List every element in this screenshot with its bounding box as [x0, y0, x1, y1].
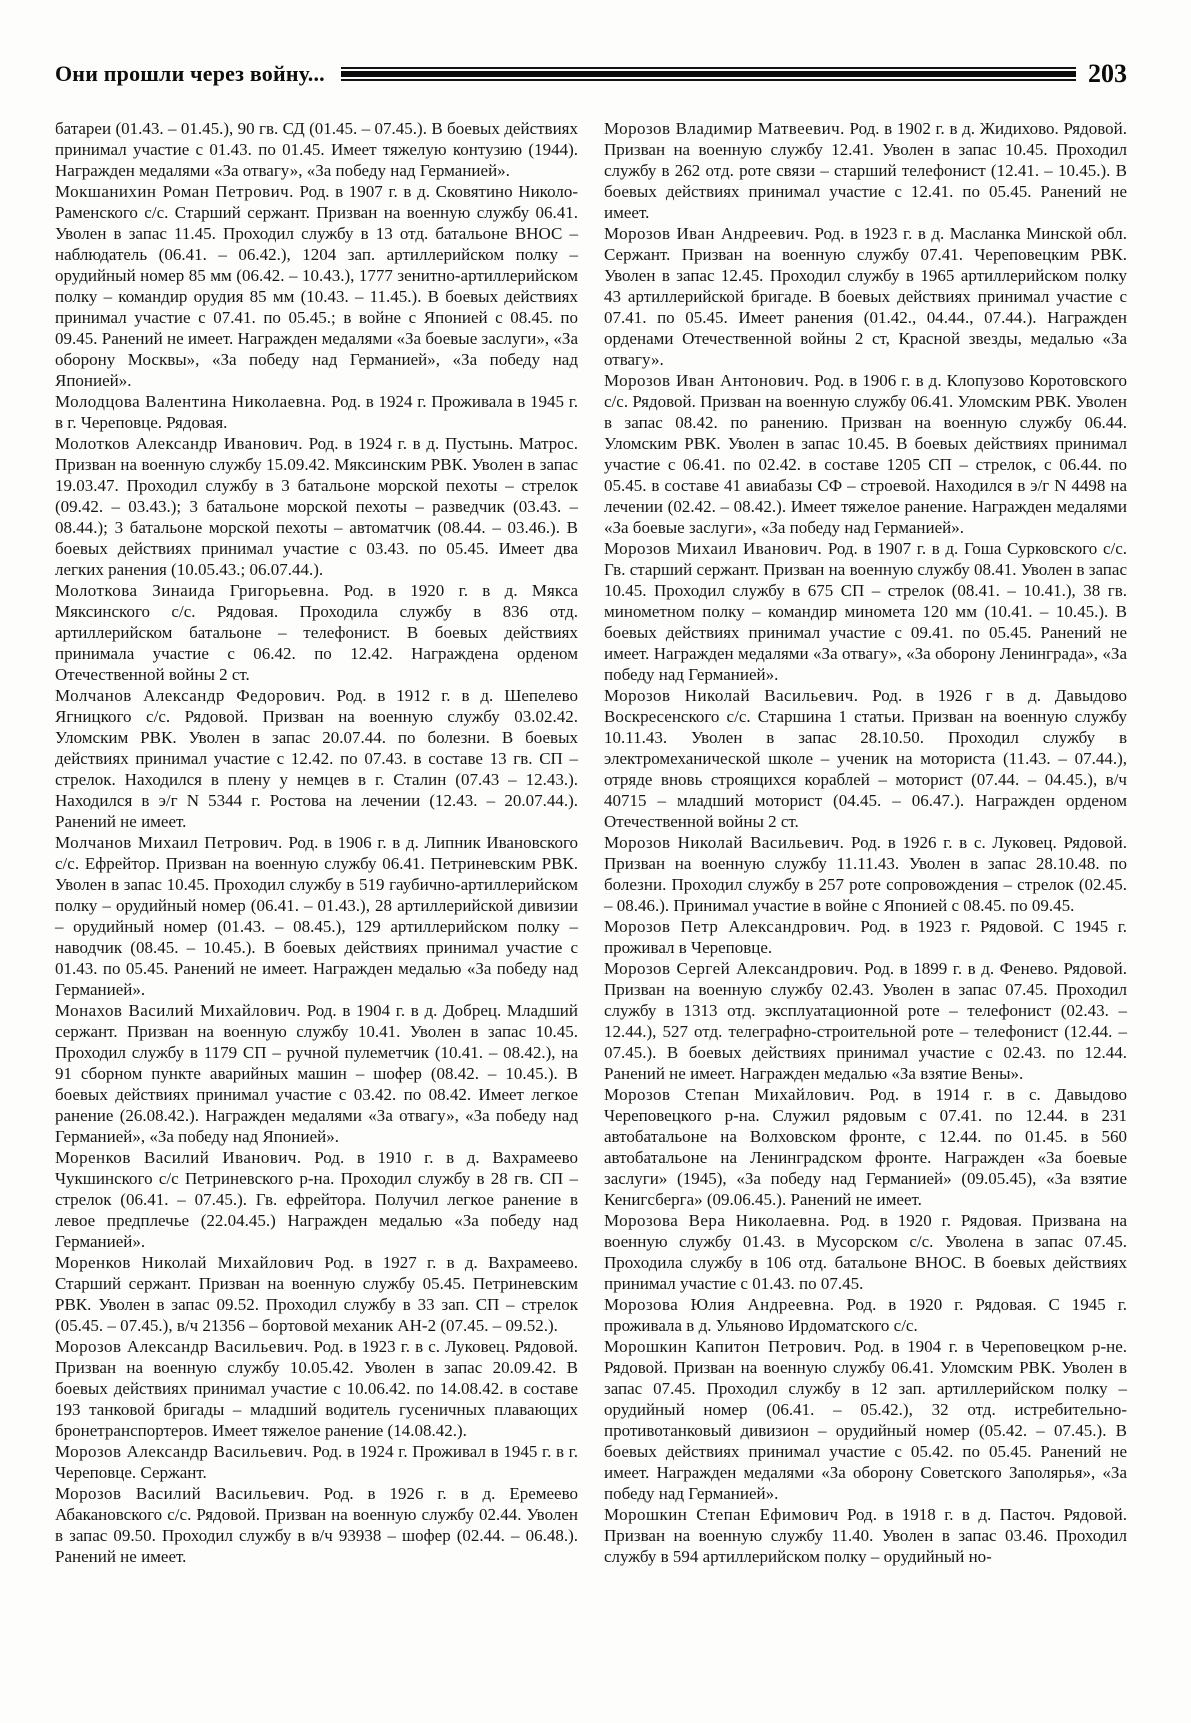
service-record-entry: Морозова Юлия Андреевна. Род. в 1920 г. … [604, 1294, 1127, 1336]
service-record-entry: Морозов Владимир Матвеевич. Род. в 1902 … [604, 118, 1127, 223]
entry-text: Род. в 1907 г. в д. Гоша Сурковского с/с… [604, 539, 1127, 684]
entry-text: Род. в 1924 г. в д. Пустынь. Матрос. При… [55, 434, 578, 579]
person-name: Молчанов Александр Федорович. [55, 686, 326, 705]
service-record-entry: Морозов Петр Александрович. Род. в 1923 … [604, 916, 1127, 958]
service-record-entry: Молодцова Валентина Николаевна. Род. в 1… [55, 391, 578, 433]
service-record-entry: Морозов Александр Васильевич. Род. в 192… [55, 1336, 578, 1441]
person-name: Морозов Александр Васильевич. [55, 1442, 308, 1461]
service-record-entry: Морозов Александр Васильевич. Род. в 192… [55, 1441, 578, 1483]
service-record-entry: Морозов Михаил Иванович. Род. в 1907 г. … [604, 538, 1127, 685]
service-record-entry: Морозов Николай Васильевич. Род. в 1926 … [604, 832, 1127, 916]
page-title: Они прошли через войну... [55, 61, 325, 87]
entry-text: Род. в 1906 г. в д. Липник Ивановского с… [55, 833, 578, 999]
service-record-entry: Молчанов Михаил Петрович. Род. в 1906 г.… [55, 832, 578, 1000]
person-name: Морошкин Капитон Петрович. [604, 1337, 846, 1356]
person-name: Моренков Николай Михайлович [55, 1253, 314, 1272]
entry-text: Род. в 1904 г. в д. Добрец. Младший серж… [55, 1001, 578, 1146]
person-name: Морозов Михаил Иванович. [604, 539, 822, 558]
entry-text: Род. в 1912 г. в д. Шепелево Ягницкого с… [55, 686, 578, 831]
person-name: Молчанов Михаил Петрович. [55, 833, 283, 852]
service-record-entry: Молотков Александр Иванович. Род. в 1924… [55, 433, 578, 580]
service-record-entry: Морозов Сергей Александрович. Род. в 189… [604, 958, 1127, 1084]
person-name: Морозов Сергей Александрович. [604, 959, 859, 978]
entry-text: Род. в 1904 г. в Череповецком р-не. Рядо… [604, 1337, 1127, 1503]
entry-text: Род. в 1906 г. в д. Клопузово Коротовско… [604, 371, 1127, 537]
service-record-entry: Морозов Василий Васильевич. Род. в 1926 … [55, 1483, 578, 1567]
person-name: Мокшанихин Роман Петрович. [55, 182, 294, 201]
service-record-entry: Молчанов Александр Федорович. Род. в 191… [55, 685, 578, 832]
service-record-entry: Морозов Степан Михайлович. Род. в 1914 г… [604, 1084, 1127, 1210]
service-record-entry: Мокшанихин Роман Петрович. Род. в 1907 г… [55, 181, 578, 391]
person-name: Морозов Николай Васильевич. [604, 833, 844, 852]
service-record-entry: Моренков Василий Иванович. Род. в 1910 г… [55, 1147, 578, 1252]
service-record-entry: Морошкин Степан Ефимович Род. в 1918 г. … [604, 1504, 1127, 1567]
service-record-entry: Моренков Николай Михайлович Род. в 1927 … [55, 1252, 578, 1336]
person-name: Морошкин Степан Ефимович [604, 1505, 839, 1524]
page-body: батареи (01.43. – 01.45.), 90 гв. СД (01… [55, 118, 1127, 1567]
person-name: Морозова Вера Николаевна. [604, 1211, 830, 1230]
person-name: Молоткова Зинаида Григорьевна. [55, 581, 329, 600]
entry-text: батареи (01.43. – 01.45.), 90 гв. СД (01… [55, 119, 578, 180]
service-record-entry: Морозов Иван Андреевич. Род. в 1923 г. в… [604, 223, 1127, 370]
service-record-entry: Молоткова Зинаида Григорьевна. Род. в 19… [55, 580, 578, 685]
entry-text: Род. в 1923 г. в д. Масланка Минской обл… [604, 224, 1127, 369]
page-number: 203 [1088, 59, 1127, 89]
service-record-entry: Морошкин Капитон Петрович. Род. в 1904 г… [604, 1336, 1127, 1504]
entry-text: Род. в 1926 г в д. Давыдово Воскресенско… [604, 686, 1127, 831]
person-name: Морозов Степан Михайлович. [604, 1085, 855, 1104]
person-name: Морозов Александр Васильевич. [55, 1337, 308, 1356]
header-rule [341, 67, 1076, 81]
person-name: Морозов Василий Васильевич. [55, 1484, 310, 1503]
header-rule-thin-bottom [341, 79, 1076, 81]
entry-text: Род. в 1907 г. в д. Сковятино Николо-Рам… [55, 182, 578, 390]
person-name: Молодцова Валентина Николаевна. [55, 392, 326, 411]
person-name: Морозов Иван Антонович. [604, 371, 809, 390]
person-name: Морозов Иван Андреевич. [604, 224, 809, 243]
person-name: Морозов Николай Васильевич. [604, 686, 858, 705]
person-name: Монахов Василий Михайлович. [55, 1001, 301, 1020]
book-page: Они прошли через войну... 203 батареи (0… [0, 0, 1191, 1723]
person-name: Моренков Василий Иванович. [55, 1148, 302, 1167]
service-record-entry: Морозов Иван Антонович. Род. в 1906 г. в… [604, 370, 1127, 538]
person-name: Морозова Юлия Андреевна. [604, 1295, 835, 1314]
service-record-entry: батареи (01.43. – 01.45.), 90 гв. СД (01… [55, 118, 578, 181]
page-header: Они прошли через войну... 203 [55, 56, 1127, 92]
service-record-entry: Морозов Николай Васильевич. Род. в 1926 … [604, 685, 1127, 832]
left-column: батареи (01.43. – 01.45.), 90 гв. СД (01… [55, 118, 578, 1567]
person-name: Морозов Петр Александрович. [604, 917, 851, 936]
person-name: Молотков Александр Иванович. [55, 434, 303, 453]
right-column: Морозов Владимир Матвеевич. Род. в 1902 … [604, 118, 1127, 1567]
service-record-entry: Монахов Василий Михайлович. Род. в 1904 … [55, 1000, 578, 1147]
service-record-entry: Морозова Вера Николаевна. Род. в 1920 г.… [604, 1210, 1127, 1294]
person-name: Морозов Владимир Матвеевич. [604, 119, 845, 138]
